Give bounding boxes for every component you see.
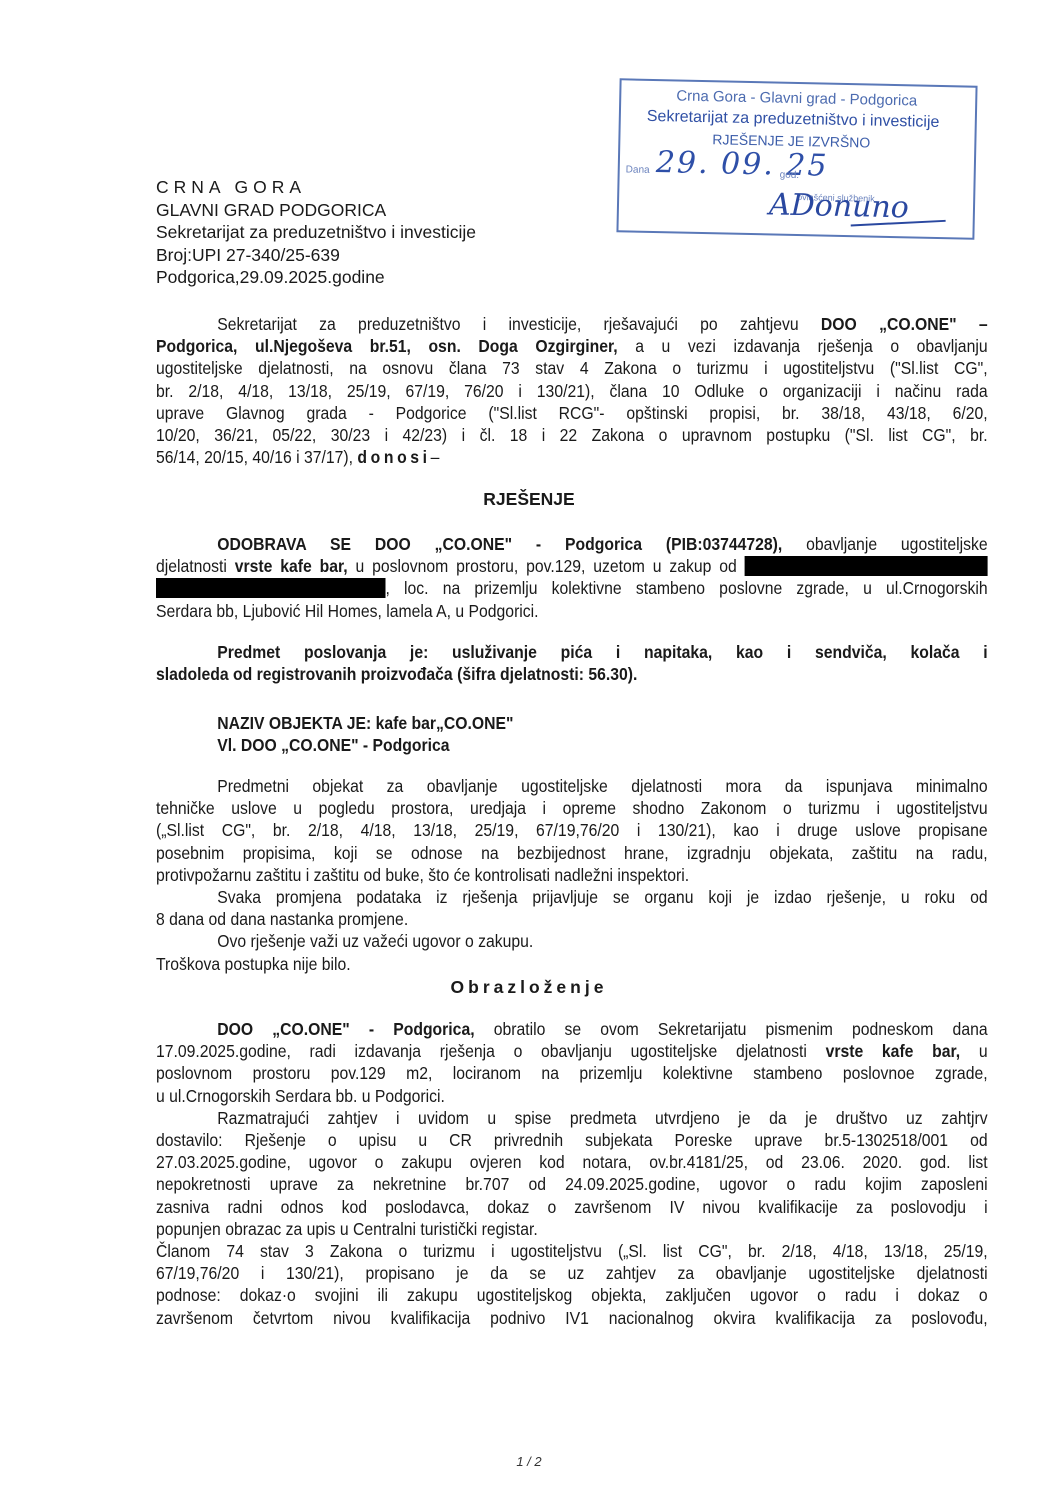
explanation-text: 17.09.2025.godine, radi izdavanja rješen… [156, 1041, 826, 1061]
document-page: Crna Gora - Glavni grad - Podgorica Sekr… [0, 0, 1058, 1497]
conditions-text: protivpožarnu zaštitu i zaštitu od buke,… [156, 864, 988, 886]
conditions-text: tehničke uslove u pogledu prostora, ured… [156, 797, 988, 819]
conditions-text: Svaka promjena podataka iz rješenja prij… [156, 886, 988, 908]
decision-approval: ODOBRAVA SE DOO „CO.ONE" - Podgorica (PI… [217, 534, 782, 554]
intro-text: br. 2/18, 4/18, 13/18, 25/19, 67/19, 76/… [156, 380, 988, 402]
intro-text: uprave Glavnog grada - Podgorice ("Sl.li… [156, 402, 988, 424]
explanation-text: nepokretnosti uprave za nekretnine br.70… [156, 1173, 988, 1195]
subject-paragraph: Predmet poslovanja je: usluživanje pića … [156, 641, 988, 685]
document-header: CRNA GORA GLAVNI GRAD PODGORICA Sekretar… [156, 176, 476, 289]
applicant-address: Podgorica, ul.Njegoševa br.51, osn. Doga… [156, 336, 618, 356]
explanation-text: poslovnom prostoru pov.129 m2, lociranom… [156, 1062, 988, 1084]
conditions-text: 8 dana od dana nastanka promjene. [156, 908, 988, 930]
explanation-paragraph: DOO „CO.ONE" - Podgorica, obratilo se ov… [156, 1018, 988, 1329]
conditions-text: Ovo rješenje važi uz važeći ugovor o zak… [156, 930, 988, 952]
conditions-text: („Sl.list CG", br. 2/18, 4/18, 13/18, 25… [156, 819, 988, 841]
page-number: 1 / 2 [0, 1454, 1058, 1469]
redacted-block [745, 556, 988, 576]
explanation-title: Obrazloženje [0, 977, 1058, 998]
explanation-text: obratilo se ovom Sekretarijatu pismenim … [475, 1019, 988, 1039]
official-stamp: Crna Gora - Glavni grad - Podgorica Sekr… [616, 78, 977, 239]
intro-paragraph: Sekretarijat za preduzetništvo i investi… [156, 313, 988, 468]
intro-text: a u vezi izdavanja rješenja o obavljanju [618, 336, 988, 356]
decision-text: Serdara bb, Ljubović Hil Homes, lamela A… [156, 600, 988, 622]
conditions-paragraph: Predmetni objekat za obavljanje ugostite… [156, 775, 988, 975]
decision-text: , loc. na prizemlju kolektivne stambeno … [386, 578, 988, 598]
decision-text: djelatnosti [156, 556, 235, 576]
conditions-text: Predmetni objekat za obavljanje ugostite… [156, 775, 988, 797]
stamp-line-1: Crna Gora - Glavni grad - Podgorica [676, 87, 917, 109]
explanation-text: Članom 74 stav 3 Zakona o turizmu i ugos… [156, 1240, 988, 1262]
header-number: Broj:UPI 27-340/25-639 [156, 244, 476, 267]
redacted-block [156, 578, 386, 598]
signature: ADonuno [769, 187, 910, 225]
explanation-text: dostavilo: Rješenje o upisu u CR privred… [156, 1129, 988, 1151]
decision-title: RJEŠENJE [0, 489, 1058, 510]
header-place-date: Podgorica,29.09.2025.godine [156, 266, 476, 289]
business-type: vrste kafe bar, [235, 556, 348, 576]
stamp-date-value: 29. 09. 25 [656, 145, 829, 184]
applicant-name: DOO „CO.ONE" – [821, 314, 988, 334]
intro-text: Sekretarijat za preduzetništvo i investi… [217, 314, 821, 334]
explanation-text: popunjen obrazac za upis u Centralni tur… [156, 1218, 988, 1240]
stamp-line-2: Sekretarijat za preduzetništvo i investi… [647, 108, 940, 132]
applicant-name: DOO „CO.ONE" - Podgorica, [217, 1019, 474, 1039]
subject-text: Predmet poslovanja je: usluživanje pića … [156, 641, 988, 663]
object-name: NAZIV OBJEKTA JE: kafe bar„CO.ONE" [156, 712, 988, 734]
subject-text: sladoleda od registrovanih proizvođača (… [156, 663, 988, 685]
decision-paragraph: ODOBRAVA SE DOO „CO.ONE" - Podgorica (PI… [156, 533, 988, 622]
object-owner: Vl. DOO „CO.ONE" - Podgorica [156, 734, 988, 756]
explanation-text: u [960, 1041, 987, 1061]
object-name-block: NAZIV OBJEKTA JE: kafe bar„CO.ONE" Vl. D… [156, 712, 988, 756]
stamp-date-label: Dana [626, 164, 650, 175]
explanation-text: podnose: dokaz·o svojini ili zakupu ugos… [156, 1284, 988, 1306]
business-type: vrste kafe bar, [826, 1041, 961, 1061]
explanation-text: Razmatrajući zahtjev i uvidom u spise pr… [156, 1107, 988, 1129]
explanation-text: zasniva radni odnos kod poslodavca, doka… [156, 1196, 988, 1218]
conditions-text: posebnim propisima, koji se odnose na be… [156, 842, 988, 864]
conditions-text: Troškova postupka nije bilo. [156, 953, 988, 975]
donosi-keyword: donosi [357, 447, 430, 467]
explanation-text: završenom četvrtom nivou kvalifikacija p… [156, 1307, 988, 1329]
decision-text: obavljanje ugostiteljske [782, 534, 987, 554]
intro-text: ugostiteljske djelatnosti, na osnovu čla… [156, 357, 988, 379]
dash: – [431, 447, 440, 467]
intro-text: 56/14, 20/15, 40/16 i 37/17), [156, 447, 357, 467]
header-city: GLAVNI GRAD PODGORICA [156, 199, 476, 222]
explanation-text: u ul.Crnogorskih Serdara bb. u Podgorici… [156, 1085, 988, 1107]
explanation-text: 67/19,76/20 i 130/21), propisano je da s… [156, 1262, 988, 1284]
intro-text: 10/20, 36/21, 05/22, 30/23 i 42/23) i čl… [156, 424, 988, 446]
header-department: Sekretarijat za preduzetništvo i investi… [156, 221, 476, 244]
explanation-text: 27.03.2025.godine, ugovor o zakupu ovjer… [156, 1151, 988, 1173]
header-country: CRNA GORA [156, 176, 476, 199]
stamp-year-suffix: god. [780, 170, 800, 181]
decision-text: u poslovnom prostoru, pov.129, uzetom u … [348, 556, 745, 576]
